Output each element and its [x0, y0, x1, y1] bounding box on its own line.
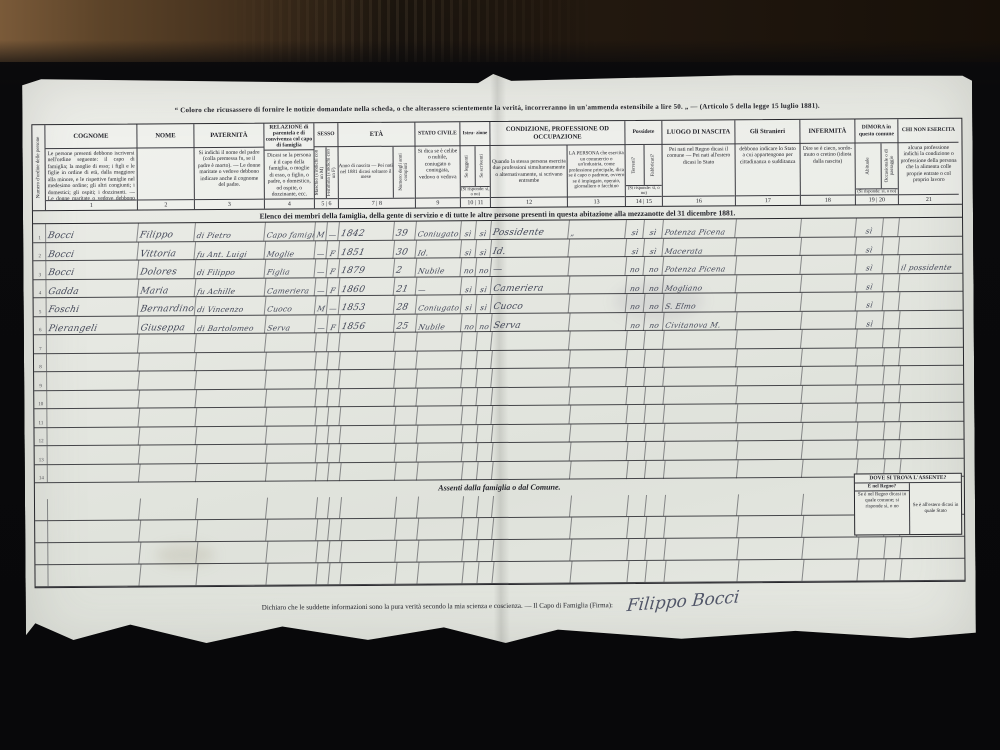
- eta-anni-note: Numero degli anni compiuti: [399, 147, 410, 198]
- paternita-title: PATERNITÀ: [194, 124, 263, 148]
- luogo-note: Pei nati nel Regno dicasi il comune — Pe…: [663, 144, 735, 196]
- cell-scrive: [477, 425, 494, 443]
- cell-legge: sì: [461, 277, 478, 295]
- cell-relazione: [266, 563, 318, 584]
- cell-anni: [395, 425, 419, 443]
- sesso-m-label: Maschio (s'indichi con un M): [315, 147, 326, 198]
- table-header: Numero d'ordine delle persone COGNOME Le…: [32, 119, 962, 211]
- cell-occupazione: [491, 368, 571, 386]
- cell-nome: [139, 445, 198, 463]
- cell-terreni: no: [626, 312, 646, 330]
- cell-fabbricati: sì: [643, 238, 664, 256]
- cell-infermita: [800, 218, 857, 236]
- cell-n: 5: [34, 298, 47, 316]
- absent-in-regno-note: Se è nel Regno dicasi in quale comune; s…: [855, 491, 909, 534]
- cell-luogo: [664, 494, 739, 516]
- cell-stato: [417, 425, 464, 443]
- relazione-num: 4: [265, 198, 314, 208]
- rows-absent: [35, 493, 965, 587]
- cell-cognome: Bocci: [45, 242, 139, 260]
- cell-occupazione: [492, 495, 572, 517]
- cell-anni: 30: [393, 240, 417, 258]
- stranieri-title: Gli Stranieri: [735, 120, 799, 144]
- cell-nome: Maria: [138, 279, 197, 297]
- col-chi-non-esercita: CHI NON ESERCITA alcuna professione indi…: [898, 119, 959, 204]
- cell-scrive: [476, 351, 493, 369]
- cell-straniero: [737, 516, 804, 537]
- cell-occupazione: —: [490, 258, 570, 276]
- cell-nome: [138, 353, 197, 371]
- cell-straniero: [736, 348, 803, 366]
- cell-anni: [394, 370, 418, 388]
- cell-relazione: [266, 463, 318, 481]
- cell-cognome: Gadda: [46, 279, 140, 297]
- cell-straniero: [736, 367, 803, 385]
- cell-cognome: [46, 335, 140, 353]
- cell-relazione: [266, 497, 318, 518]
- col-stato: STATO CIVILE Si dica se è celibe o nubil…: [415, 122, 461, 207]
- cell-sostegno: [899, 310, 961, 328]
- cell-terreni: no: [625, 257, 645, 275]
- cell-relazione: [266, 407, 318, 425]
- cell-stato: [417, 443, 464, 461]
- dimora-abituale: Abituale: [866, 157, 871, 174]
- dimora-nums: 19 | 20: [856, 194, 898, 204]
- cell-cognome: [46, 390, 140, 408]
- cell-anni: 2: [393, 259, 417, 277]
- cell-anno: [340, 497, 397, 518]
- cell-anni: [394, 333, 418, 351]
- cell-infermita: [801, 385, 858, 403]
- sesso-f-label: Femmina (s'indichi con un F): [327, 147, 338, 198]
- cell-terreni: [626, 349, 646, 367]
- cell-terreni: sì: [625, 238, 645, 256]
- cell-sostegno: [900, 559, 962, 580]
- cell-fabbricati: [644, 368, 665, 386]
- cell-abituale: [857, 559, 886, 580]
- cell-fabbricati: no: [644, 294, 665, 312]
- declaration-text: Dichiaro che le suddette informazioni so…: [262, 601, 613, 611]
- cell-abituale: sì: [856, 292, 885, 310]
- cell-anno: [340, 563, 397, 584]
- cell-terreni: [627, 405, 647, 423]
- cell-anno: 1879: [339, 259, 396, 277]
- sesso-title: SESSO: [314, 123, 337, 147]
- cell-nome: Dolores: [138, 260, 197, 278]
- cell-persona: [570, 461, 629, 479]
- cell-anni: 25: [394, 314, 418, 332]
- cell-nome: Vittoria: [137, 242, 196, 260]
- cell-terreni: [627, 539, 647, 560]
- cell-anni: 39: [393, 222, 417, 240]
- cell-relazione: [266, 444, 318, 462]
- possidete-fabbricati: Fabbricati?: [650, 154, 655, 177]
- cell-luogo: [664, 560, 739, 582]
- rows-main: 1BocciFilippodi PietroCapo famigliaM—184…: [33, 218, 964, 483]
- cell-fabbricati: [645, 442, 666, 460]
- cell-luogo: Civitanova M.: [663, 312, 738, 330]
- cell-fabbricati: [645, 517, 666, 538]
- cell-paternita: [195, 371, 267, 389]
- stato-title: STATO CIVILE: [415, 122, 459, 146]
- cell-luogo: [664, 441, 739, 459]
- cell-straniero: [737, 441, 804, 459]
- cell-occupazione: Cameriera: [491, 276, 571, 294]
- cell-stato: [417, 518, 464, 539]
- nome-note: [138, 148, 194, 199]
- cell-anni: [395, 563, 419, 584]
- cell-scrive: sì: [476, 277, 493, 295]
- form-content: “ Coloro che ricusassero di fornire le n…: [22, 69, 976, 650]
- cell-nome: Giuseppa: [138, 316, 197, 334]
- cell-occupazione: Id.: [490, 239, 570, 257]
- cell-luogo: [663, 367, 738, 385]
- cell-occupazione: [492, 442, 572, 460]
- condizione-title: CONDIZIONE, PROFESSIONE OD OCCUPAZIONE: [490, 121, 624, 146]
- cell-relazione: [266, 519, 318, 540]
- cell-persona: [570, 424, 629, 442]
- cell-paternita: [196, 542, 268, 564]
- cell-stato: [417, 540, 464, 561]
- cell-sostegno: [899, 329, 961, 347]
- condizione-num12: 12: [491, 198, 568, 208]
- cell-anno: [340, 425, 397, 443]
- cell-luogo: [663, 386, 738, 404]
- luogo-num: 16: [663, 195, 735, 206]
- cell-n: 9: [34, 372, 47, 390]
- cell-nome: Bernardino: [138, 297, 197, 315]
- cell-cognome: Foschi: [46, 298, 140, 316]
- cell-abituale: [856, 329, 885, 347]
- cell-paternita: [195, 389, 267, 407]
- infermita-num: 18: [801, 195, 855, 205]
- cell-straniero: [735, 237, 802, 255]
- cell-n: 3: [33, 261, 46, 279]
- cell-occasionale: [883, 274, 901, 292]
- eta-nums: 7 | 8: [339, 198, 415, 209]
- cell-cognome: Bocci: [46, 261, 140, 279]
- cell-straniero: [736, 311, 803, 329]
- cell-cognome: [46, 372, 140, 390]
- cell-relazione: Cuoco: [265, 296, 317, 314]
- cell-occasionale: [884, 422, 902, 440]
- cell-persona: [569, 313, 628, 331]
- cell-paternita: [195, 352, 267, 370]
- cell-anni: 28: [394, 296, 418, 314]
- cell-persona: [570, 495, 629, 516]
- cell-paternita: [196, 463, 268, 481]
- cell-anno: [340, 519, 397, 540]
- stato-num: 9: [416, 197, 460, 207]
- cell-fabbricati: [645, 460, 666, 478]
- cell-anno: 1851: [338, 240, 395, 258]
- cell-n: 1: [33, 224, 46, 242]
- cell-occupazione: [492, 539, 572, 561]
- cell-occasionale: [883, 311, 901, 329]
- cell-relazione: [265, 370, 317, 388]
- col-stranieri: Gli Stranieri debbono indicare lo Stato …: [735, 120, 801, 205]
- chi-non-note: alcuna professione indichi la condizione…: [899, 143, 959, 194]
- condizione-note12: Quando la stessa persona esercita due pr…: [491, 159, 568, 184]
- census-table: Numero d'ordine delle persone COGNOME Le…: [31, 118, 965, 588]
- cell-occupazione: [492, 461, 572, 479]
- cell-cognome: [47, 409, 141, 427]
- absent-estero-note: Se è all'estero dicasi in quale Stato: [910, 483, 961, 534]
- cell-abituale: sì: [856, 311, 885, 329]
- cell-anni: [395, 541, 419, 562]
- cell-anni: [395, 519, 419, 540]
- cell-anno: 1842: [338, 222, 395, 240]
- cell-anni: [395, 407, 419, 425]
- cell-paternita: [196, 564, 268, 586]
- nome-num: 2: [138, 199, 194, 209]
- cell-terreni: sì: [625, 220, 645, 238]
- cell-paternita: [196, 445, 268, 463]
- cell-nome: [138, 334, 197, 352]
- absent-section: Assenti dalla famiglia o dal Comune. DOV…: [35, 477, 965, 587]
- cell-stato: [416, 388, 463, 406]
- cell-occupazione: [492, 561, 572, 583]
- cell-abituale: [856, 366, 885, 384]
- cell-paternita: [196, 520, 268, 542]
- cell-occupazione: [491, 350, 571, 368]
- cell-legge: [461, 351, 478, 369]
- cell-occasionale: [882, 255, 900, 273]
- cell-n: 6: [34, 317, 47, 335]
- cell-infermita: [801, 292, 858, 310]
- cell-luogo: [664, 460, 739, 478]
- cell-anni: [394, 388, 418, 406]
- cell-abituale: sì: [855, 237, 884, 255]
- cell-n: [35, 543, 48, 564]
- cell-relazione: Capo famiglia: [264, 222, 316, 240]
- cell-straniero: [737, 404, 804, 422]
- census-sheet: “ Coloro che ricusassero di fornire le n…: [22, 69, 976, 650]
- cell-stato: Nubile: [416, 314, 463, 332]
- cell-occupazione: Serva: [491, 313, 571, 331]
- cognome-note: Le persone presenti debbono iscriversi n…: [46, 149, 137, 201]
- cell-n: 4: [33, 280, 46, 298]
- cell-cognome: Bocci: [45, 224, 139, 242]
- cell-cognome: [47, 446, 141, 464]
- cell-paternita: di Bartolomeo: [195, 315, 267, 333]
- cell-occasionale: [882, 218, 900, 236]
- cognome-title: COGNOME: [45, 125, 136, 150]
- cell-relazione: [265, 389, 317, 407]
- cell-straniero: [736, 274, 803, 292]
- cell-relazione: [265, 333, 317, 351]
- cell-fabbricati: [644, 349, 665, 367]
- legal-warning: “ Coloro che ricusassero di fornire le n…: [61, 101, 933, 115]
- cell-relazione: Moglie: [264, 241, 316, 259]
- cell-cognome: Pierangeli: [46, 316, 140, 334]
- cell-stato: Id.: [415, 240, 462, 258]
- cell-stato: [417, 562, 464, 583]
- cell-cognome: [47, 464, 141, 482]
- cell-nome: [139, 520, 198, 541]
- cell-persona: [569, 387, 628, 405]
- condizione-note13: LA PERSONA che esercita un commercio o u…: [568, 151, 625, 190]
- condizione-num13: 13: [568, 197, 625, 206]
- cell-infermita: [801, 348, 858, 366]
- cell-anni: [395, 462, 419, 480]
- possidete-risponde: (Si risponde: sì, o no): [626, 185, 662, 196]
- cell-sostegno: [898, 236, 960, 254]
- cell-infermita: [802, 515, 859, 536]
- cell-sostegno: [900, 421, 962, 439]
- possidete-nums: 14 | 15: [626, 196, 662, 206]
- cell-straniero: [737, 459, 804, 477]
- col-cognome: COGNOME Le persone presenti debbono iscr…: [45, 125, 138, 211]
- cell-abituale: sì: [855, 218, 884, 236]
- stranieri-num: 17: [736, 195, 800, 205]
- absent-location-box: DOVE SI TROVA L'ASSENTE? È nel Regno? Se…: [854, 473, 962, 536]
- cell-scrive: sì: [475, 240, 492, 258]
- cell-straniero: [737, 494, 804, 515]
- cell-persona: [569, 331, 628, 349]
- relazione-note: Dicasi se la persona è il capo della fam…: [265, 150, 314, 198]
- cell-stato: Nubile: [415, 258, 462, 276]
- cell-paternita: [196, 498, 268, 520]
- cell-straniero: [736, 385, 803, 403]
- cell-anno: [340, 444, 397, 462]
- eta-title: ETÀ: [338, 123, 414, 148]
- stato-note: Si dica se è celibe o nubile, coniugato …: [416, 146, 460, 197]
- relazione-title: RELAZIONE di parentela e di convivenza c…: [264, 123, 313, 151]
- cell-stato: [416, 351, 463, 369]
- cell-terreni: [627, 442, 647, 460]
- head-of-family-signature: Filippo Bocci: [626, 587, 740, 616]
- cell-fabbricati: [644, 386, 665, 404]
- chi-non-num: 21: [899, 194, 959, 204]
- cell-nome: [138, 371, 197, 389]
- cell-nome: [139, 427, 198, 445]
- cell-relazione: [266, 426, 318, 444]
- istruzione-legge: Se leggenti: [465, 155, 470, 177]
- cell-stato: [417, 406, 464, 424]
- cell-terreni: [626, 331, 646, 349]
- cell-stato: Coniugato: [416, 295, 463, 313]
- sesso-nums: 5 | 6: [315, 198, 338, 208]
- dimora-title: DIMORA in questo comune: [855, 119, 897, 143]
- possidete-terreni: Terreni?: [632, 157, 637, 174]
- cell-occasionale: [883, 329, 901, 347]
- cell-paternita: [195, 334, 267, 352]
- wood-shadow: [0, 40, 1000, 80]
- cell-luogo: [664, 423, 739, 441]
- cell-anno: [340, 462, 397, 480]
- cell-n: 8: [34, 354, 47, 372]
- cell-infermita: [802, 459, 859, 477]
- cell-persona: „: [568, 220, 627, 238]
- cell-anni: [394, 351, 418, 369]
- cell-anno: 1853: [339, 296, 396, 314]
- dimora-occasionale: Occasionale o di passaggio: [884, 143, 895, 188]
- cell-relazione: [266, 541, 318, 562]
- cell-luogo: Macerata: [662, 238, 737, 256]
- cell-fabbricati: [644, 331, 665, 349]
- cell-occasionale: [883, 292, 901, 310]
- luogo-title: LUOGO DI NASCITA: [662, 120, 734, 145]
- cell-infermita: [802, 422, 859, 440]
- possidete-title: Possidete: [625, 121, 661, 145]
- col-possidete: Possidete Terreni? Fabbricati? (Si rispo…: [625, 121, 663, 206]
- cell-occupazione: [492, 517, 572, 539]
- cell-terreni: [627, 423, 647, 441]
- infermita-title: INFERMITÀ: [800, 120, 854, 144]
- cell-abituale: [857, 440, 886, 458]
- cell-abituale: [857, 537, 886, 558]
- istruzione-title: Istru- zione: [460, 122, 489, 146]
- cell-n: 11: [34, 409, 47, 427]
- cell-n: [35, 521, 48, 542]
- ordine-label: Numero d'ordine delle persone: [32, 125, 45, 210]
- cell-paternita: [196, 408, 268, 426]
- cell-luogo: Potenza Picena: [662, 256, 737, 274]
- cell-occasionale: [882, 237, 900, 255]
- cell-nome: [139, 464, 198, 482]
- cell-terreni: no: [626, 294, 646, 312]
- cell-straniero: [737, 538, 804, 559]
- cell-sostegno: [900, 403, 962, 421]
- col-luogo: LUOGO DI NASCITA Pei nati nel Regno dica…: [662, 120, 736, 206]
- cell-infermita: [800, 237, 857, 255]
- cell-anno: [340, 407, 397, 425]
- cell-infermita: [802, 537, 859, 558]
- cell-legge: [462, 425, 479, 443]
- cell-infermita: [802, 493, 859, 514]
- cell-anno: [339, 388, 396, 406]
- cell-persona: [570, 561, 629, 582]
- cell-terreni: [627, 517, 647, 538]
- col-eta: ETÀ Anno di nascita — Pei nati nel 1881 …: [338, 123, 416, 209]
- col-dimora: DIMORA in questo comune Abituale Occasio…: [855, 119, 899, 204]
- istruzione-nums: 10 | 11: [461, 197, 490, 207]
- cell-paternita: di Filippo: [195, 260, 267, 278]
- cell-anni: 21: [394, 277, 418, 295]
- photo-scene: “ Coloro che ricusassero di fornire le n…: [0, 0, 1000, 750]
- cell-persona: [570, 539, 629, 560]
- cell-anno: [340, 541, 397, 562]
- cell-terreni: [627, 460, 647, 478]
- cell-occupazione: Possidente: [490, 221, 570, 239]
- cell-terreni: [626, 368, 646, 386]
- col-condizione: CONDIZIONE, PROFESSIONE OD OCCUPAZIONE Q…: [490, 121, 626, 207]
- cell-relazione: [265, 352, 317, 370]
- cell-infermita: [802, 559, 859, 580]
- cell-n: [35, 499, 48, 520]
- cell-persona: [570, 517, 629, 538]
- cell-luogo: Potenza Picena: [662, 219, 737, 237]
- cell-cognome: [47, 427, 141, 445]
- cell-terreni: [627, 561, 647, 582]
- cell-persona: [569, 368, 628, 386]
- cell-sostegno: [899, 273, 961, 291]
- cell-terreni: no: [626, 275, 646, 293]
- cell-anni: [395, 497, 419, 518]
- cell-luogo: [664, 538, 739, 560]
- cell-occupazione: Cuoco: [491, 294, 571, 312]
- cell-anno: [339, 333, 396, 351]
- cell-paternita: fu Achille: [195, 278, 267, 296]
- cell-luogo: [664, 404, 739, 422]
- cell-nome: [138, 390, 197, 408]
- cell-straniero: [737, 560, 804, 581]
- cell-stato: —: [416, 277, 463, 295]
- cell-stato: [416, 332, 463, 350]
- cell-occasionale: [883, 348, 901, 366]
- cell-occasionale: [884, 403, 902, 421]
